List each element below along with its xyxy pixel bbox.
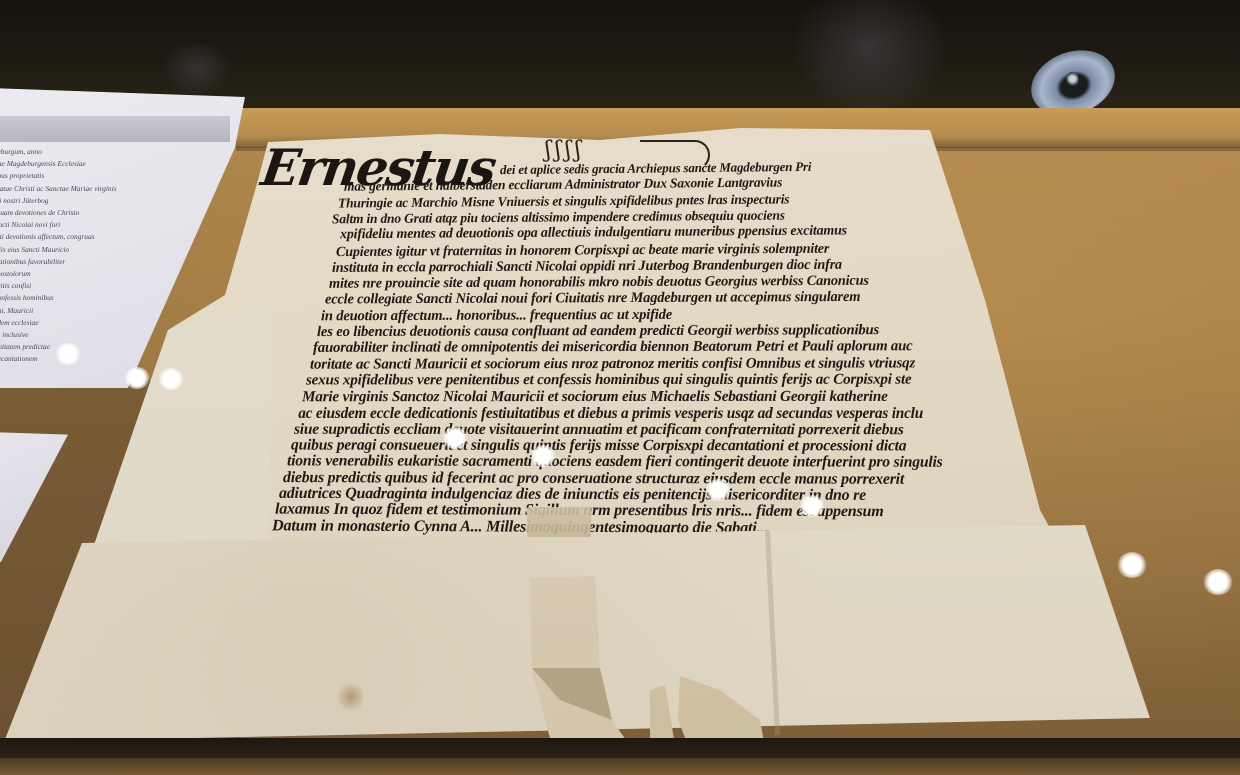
- charter-text-line: toritate ac Sancti Mauricii et sociorum …: [310, 355, 942, 373]
- light-glare: [530, 445, 556, 467]
- light-glare: [124, 367, 150, 389]
- felt-mat-foreground: [0, 758, 1240, 775]
- light-glare: [799, 495, 825, 517]
- charter-flourish: ʃʃʃʃ: [545, 138, 585, 163]
- light-glare: [1117, 552, 1147, 578]
- museum-vitrine-scene: ...apud Magdeburgum, anno...ionem sancta…: [0, 0, 1240, 775]
- parchment-charter: Ernestus ʃʃʃʃ dei et aplice sedis gracia…: [0, 0, 1240, 775]
- charter-text-line: fauorabiliter inclinati de omnipotentis …: [313, 338, 941, 357]
- light-glare: [158, 368, 184, 390]
- light-glare: [705, 479, 731, 501]
- light-glare: [1203, 569, 1233, 595]
- light-glare: [442, 427, 468, 449]
- light-glare: [55, 343, 81, 365]
- flap-stain: [338, 680, 364, 714]
- charter-text-line: ac eiusdem eccle dedicationis festiuitat…: [298, 405, 942, 423]
- seal-tag-slot: [527, 507, 591, 537]
- charter-text-line: sexus xpifidelibus vere penitentibus et …: [306, 371, 942, 389]
